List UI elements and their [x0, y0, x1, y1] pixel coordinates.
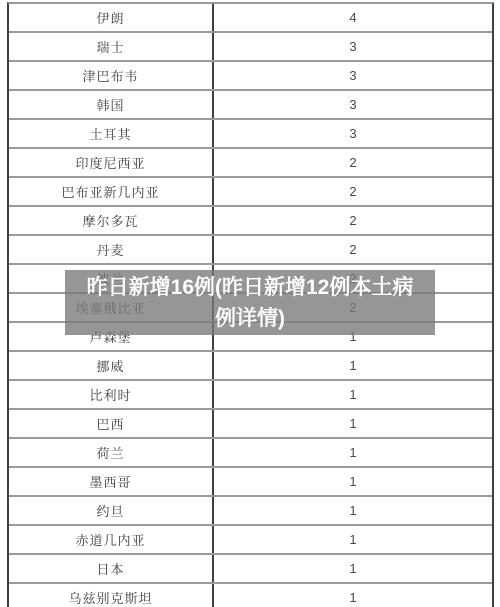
country-cell: 赤道几内亚 — [9, 526, 214, 553]
country-cell: 津巴布韦 — [9, 62, 214, 89]
value-cell: 1 — [214, 526, 492, 553]
value-cell: 1 — [214, 352, 492, 379]
table-row: 比利时 1 — [9, 381, 492, 410]
country-cell: 韩国 — [9, 91, 214, 118]
value-cell: 1 — [214, 381, 492, 408]
table-row: 巴西 1 — [9, 410, 492, 439]
title-banner: 昨日新增16例(昨日新增12例本土病 例详情) — [65, 270, 435, 335]
table-row: 伊朗 4 — [9, 4, 492, 33]
country-cell: 丹麦 — [9, 236, 214, 263]
value-cell: 2 — [214, 178, 492, 205]
country-cell: 乌兹别克斯坦 — [9, 584, 214, 607]
value-cell: 1 — [214, 555, 492, 582]
table-row: 日本 1 — [9, 555, 492, 584]
table-row: 挪威 1 — [9, 352, 492, 381]
country-cell: 瑞士 — [9, 33, 214, 60]
value-cell: 2 — [214, 149, 492, 176]
country-cell: 墨西哥 — [9, 468, 214, 495]
country-cell: 挪威 — [9, 352, 214, 379]
country-cell: 约旦 — [9, 497, 214, 524]
country-cell: 荷兰 — [9, 439, 214, 466]
value-cell: 2 — [214, 207, 492, 234]
country-cell: 巴西 — [9, 410, 214, 437]
table-row: 荷兰 1 — [9, 439, 492, 468]
value-cell: 3 — [214, 120, 492, 147]
table-row: 摩尔多瓦 2 — [9, 207, 492, 236]
table-row: 约旦 1 — [9, 497, 492, 526]
value-cell: 1 — [214, 468, 492, 495]
country-cell: 摩尔多瓦 — [9, 207, 214, 234]
table-row: 韩国 3 — [9, 91, 492, 120]
value-cell: 3 — [214, 33, 492, 60]
value-cell: 3 — [214, 91, 492, 118]
value-cell: 1 — [214, 439, 492, 466]
table-row: 瑞士 3 — [9, 33, 492, 62]
table-row: 赤道几内亚 1 — [9, 526, 492, 555]
country-cell: 伊朗 — [9, 4, 214, 31]
table-row: 丹麦 2 — [9, 236, 492, 265]
value-cell: 4 — [214, 4, 492, 31]
table-row: 巴布亚新几内亚 2 — [9, 178, 492, 207]
table-row: 土耳其 3 — [9, 120, 492, 149]
country-cell: 比利时 — [9, 381, 214, 408]
value-cell: 3 — [214, 62, 492, 89]
country-cell: 巴布亚新几内亚 — [9, 178, 214, 205]
page: 伊朗 4 瑞士 3 津巴布韦 3 韩国 3 土耳其 3 印度尼西亚 2 巴布亚新… — [0, 0, 500, 607]
country-cell: 印度尼西亚 — [9, 149, 214, 176]
value-cell: 1 — [214, 497, 492, 524]
table-row: 印度尼西亚 2 — [9, 149, 492, 178]
value-cell: 1 — [214, 584, 492, 607]
table-row: 乌兹别克斯坦 1 — [9, 584, 492, 607]
country-cell: 日本 — [9, 555, 214, 582]
value-cell: 2 — [214, 236, 492, 263]
banner-title-line1: 昨日新增16例(昨日新增12例本土病 — [87, 272, 414, 303]
country-cell: 土耳其 — [9, 120, 214, 147]
value-cell: 1 — [214, 410, 492, 437]
table-row: 津巴布韦 3 — [9, 62, 492, 91]
table-row: 墨西哥 1 — [9, 468, 492, 497]
banner-title-line2: 例详情) — [215, 303, 285, 334]
